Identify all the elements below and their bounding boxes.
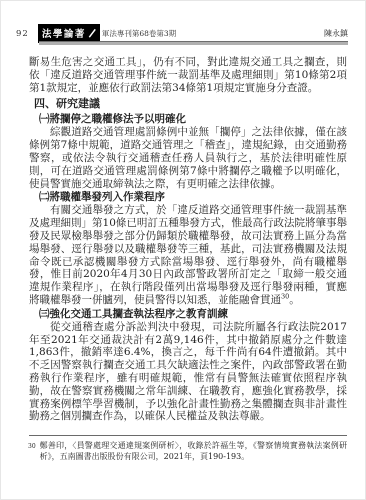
subsection-1-heading: ㈠將攔停之職權修法予以明確化: [39, 113, 347, 126]
article-category-badge: 法學論著: [38, 24, 100, 43]
section-heading: 四、研究建議: [34, 97, 347, 111]
subsection-2-paragraph: 有關交通舉發之方式，於「違反道路交通管理事件統一裁罰基準及處理細則」第10條已明…: [29, 204, 347, 306]
footnote: 30 鄭善印，〈員警處理交通違規案例研析〉，收錄於許福生等，《警察情境實務執法案…: [28, 441, 347, 462]
footnote-divider: [29, 435, 347, 436]
footnote-number: 30: [28, 441, 36, 462]
header-divider: [39, 41, 348, 45]
subsection-1-paragraph: 綜觀道路交通管理處罰條例中並無「攔停」之法律依據，僅在該條例第7條中規範，道路交…: [29, 126, 347, 190]
subsection-2-text: 有關交通舉發之方式，於「違反道路交通管理事件統一裁罰基準及處理細則」第10條已明…: [29, 204, 347, 306]
subsection-2-text-end: 。: [289, 294, 300, 306]
page-number: 92: [16, 29, 29, 39]
article-body: 斷易生危害之交通工具」，仍有不同，對此違規交通工具之攔查，則依「違反道路交通管理…: [29, 56, 347, 423]
footnote-text: 鄭善印，〈員警處理交通違規案例研析〉，收錄於許福生等，《警察情境實務執法案例研析…: [40, 441, 347, 462]
journal-page: 92 法學論著 軍法專刊第68卷第3期 陳永鎮 斷易生危害之交通工具」，仍有不同…: [0, 0, 366, 500]
continued-paragraph: 斷易生危害之交通工具」，仍有不同，對此違規交通工具之攔查，則依「違反道路交通管理…: [29, 56, 347, 94]
subsection-3-heading: ㈢強化交通工具攔查執法程序之教育訓練: [39, 308, 347, 321]
author-name: 陳永鎮: [324, 28, 348, 39]
page-header: 92 法學論著 軍法專刊第68卷第3期 陳永鎮: [16, 26, 348, 41]
subsection-3-paragraph: 從交通稽查處分訴訟判決中發現，司法院所屬各行政法院2017年至2021年交通裁決…: [29, 321, 347, 423]
journal-title: 軍法專刊第68卷第3期: [102, 28, 176, 39]
subsection-2-heading: ㈡將職權舉發列入作業程序: [39, 191, 347, 204]
badge-label: 法學論著: [42, 26, 86, 40]
badge-logo-icon: [87, 28, 98, 39]
footnote-area: 30 鄭善印，〈員警處理交通違規案例研析〉，收錄於許福生等，《警察情境實務執法案…: [21, 435, 347, 462]
